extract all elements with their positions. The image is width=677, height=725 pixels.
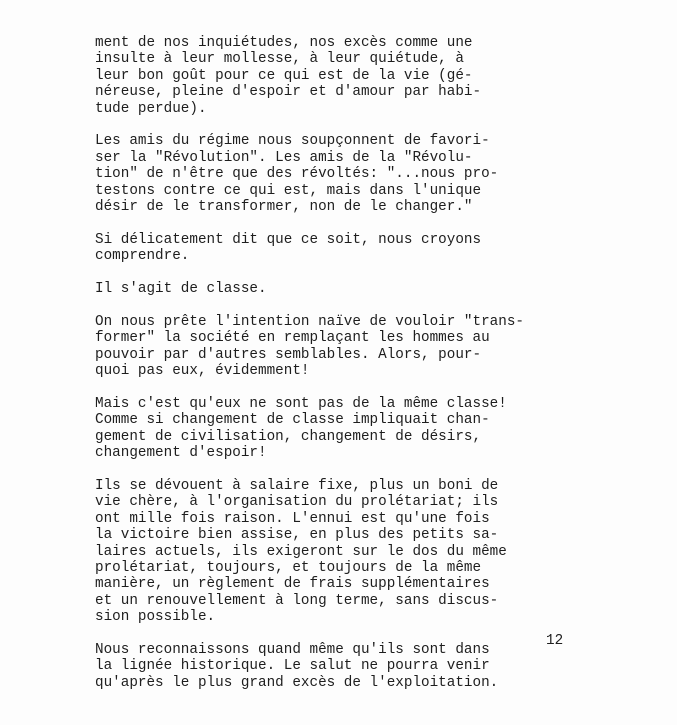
text-line: néreuse, pleine d'espoir et d'amour par …: [95, 84, 524, 100]
paragraph: Ils se dévouent à salaire fixe, plus un …: [95, 478, 524, 626]
paragraph: Nous reconnaissons quand même qu'ils son…: [95, 642, 524, 691]
text-line: pouvoir par d'autres semblables. Alors, …: [95, 347, 524, 363]
text-line: quoi pas eux, évidemment!: [95, 363, 524, 379]
text-line: vie chère, à l'organisation du prolétari…: [95, 494, 524, 510]
text-line: changement d'espoir!: [95, 445, 524, 461]
text-line: Mais c'est qu'eux ne sont pas de la même…: [95, 396, 524, 412]
text-line: testons contre ce qui est, mais dans l'u…: [95, 183, 524, 199]
text-line: la lignée historique. Le salut ne pourra…: [95, 658, 524, 674]
text-line: leur bon goût pour ce qui est de la vie …: [95, 68, 524, 84]
text-line: tion" de n'être que des révoltés: "...no…: [95, 166, 524, 182]
text-line: laires actuels, ils exigeront sur le dos…: [95, 544, 524, 560]
text-line: prolétariat, toujours, et toujours de la…: [95, 560, 524, 576]
typewritten-page: ment de nos inquiétudes, nos excès comme…: [0, 0, 677, 725]
text-line: Nous reconnaissons quand même qu'ils son…: [95, 642, 524, 658]
text-line: Comme si changement de classe impliquait…: [95, 412, 524, 428]
text-line: gement de civilisation, changement de dé…: [95, 429, 524, 445]
page-body: ment de nos inquiétudes, nos excès comme…: [95, 35, 524, 708]
paragraph: Si délicatement dit que ce soit, nous cr…: [95, 232, 524, 265]
text-line: Les amis du régime nous soupçonnent de f…: [95, 133, 524, 149]
text-line: manière, un règlement de frais supplémen…: [95, 576, 524, 592]
text-line: sion possible.: [95, 609, 524, 625]
paragraph: On nous prête l'intention naïve de voulo…: [95, 314, 524, 380]
text-line: Il s'agit de classe.: [95, 281, 524, 297]
text-line: tude perdue).: [95, 101, 524, 117]
paragraph: Les amis du régime nous soupçonnent de f…: [95, 133, 524, 215]
paragraph: Il s'agit de classe.: [95, 281, 524, 297]
text-line: et un renouvellement à long terme, sans …: [95, 593, 524, 609]
text-line: former" la société en remplaçant les hom…: [95, 330, 524, 346]
text-line: ment de nos inquiétudes, nos excès comme…: [95, 35, 524, 51]
text-line: qu'après le plus grand excès de l'exploi…: [95, 675, 524, 691]
paragraph: ment de nos inquiétudes, nos excès comme…: [95, 35, 524, 117]
text-line: insulte à leur mollesse, à leur quiétude…: [95, 51, 524, 67]
text-line: On nous prête l'intention naïve de voulo…: [95, 314, 524, 330]
paragraph: Mais c'est qu'eux ne sont pas de la même…: [95, 396, 524, 462]
text-line: ser la "Révolution". Les amis de la "Rév…: [95, 150, 524, 166]
text-line: Ils se dévouent à salaire fixe, plus un …: [95, 478, 524, 494]
text-line: ont mille fois raison. L'ennui est qu'un…: [95, 511, 524, 527]
page-number: 12: [546, 633, 563, 649]
text-line: comprendre.: [95, 248, 524, 264]
text-line: désir de le transformer, non de le chang…: [95, 199, 524, 215]
text-line: la victoire bien assise, en plus des pet…: [95, 527, 524, 543]
text-line: Si délicatement dit que ce soit, nous cr…: [95, 232, 524, 248]
